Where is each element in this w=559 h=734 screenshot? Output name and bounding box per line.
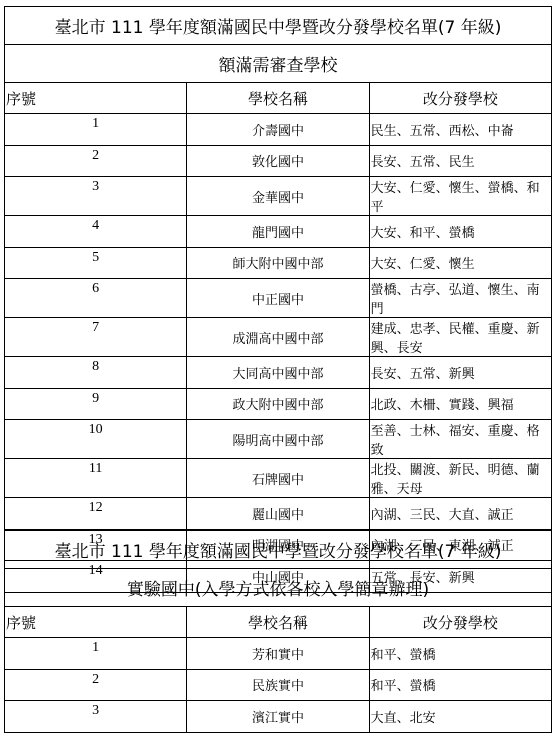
alt-schools: 北投、關渡、新民、明德、蘭雅、天母: [369, 459, 551, 498]
table-header-row: 序號 學校名稱 改分發學校: [5, 83, 552, 114]
table-row: 1芳和實中和平、螢橋: [5, 638, 552, 670]
row-number: 2: [5, 145, 187, 177]
school-name: 中正國中: [187, 279, 369, 318]
header-no: 序號: [5, 83, 187, 114]
school-name: 大同高中國中部: [187, 357, 369, 389]
school-name: 民族實中: [187, 669, 369, 701]
school-name: 濱江實中: [187, 701, 369, 733]
row-number: 10: [5, 420, 187, 459]
alt-schools: 和平、螢橋: [369, 669, 551, 701]
section-subtitle: 額滿需審查學校: [5, 45, 552, 83]
experimental-school-table: 臺北市 111 學年度額滿國民中學暨改分發學校名單(7 年級) 實驗國中(入學方…: [4, 530, 552, 733]
table-row: 11石牌國中北投、關渡、新民、明德、蘭雅、天母: [5, 459, 552, 498]
alt-schools: 民生、五常、西松、中崙: [369, 114, 551, 146]
alt-schools: 內湖、三民、大直、誠正: [369, 498, 551, 530]
alt-schools: 大直、北安: [369, 701, 551, 733]
table-row: 3濱江實中大直、北安: [5, 701, 552, 733]
school-name: 石牌國中: [187, 459, 369, 498]
alt-schools: 大安、仁愛、懷生: [369, 247, 551, 279]
alt-schools: 長安、五常、新興: [369, 357, 551, 389]
table-row: 5師大附中國中部大安、仁愛、懷生: [5, 247, 552, 279]
table-row: 4龍門國中大安、和平、螢橋: [5, 216, 552, 248]
full-school-table: 臺北市 111 學年度額滿國民中學暨改分發學校名單(7 年級) 額滿需審查學校 …: [4, 6, 552, 593]
alt-schools: 和平、螢橋: [369, 638, 551, 670]
table-row: 3金華國中大安、仁愛、懷生、螢橋、和平: [5, 177, 552, 216]
school-name: 金華國中: [187, 177, 369, 216]
row-number: 5: [5, 247, 187, 279]
row-number: 1: [5, 638, 187, 670]
row-number: 7: [5, 318, 187, 357]
alt-schools: 建成、忠孝、民權、重慶、新興、長安: [369, 318, 551, 357]
table-row: 2敦化國中長安、五常、民生: [5, 145, 552, 177]
row-number: 6: [5, 279, 187, 318]
row-number: 9: [5, 388, 187, 420]
row-number: 3: [5, 701, 187, 733]
table-row: 1介壽國中民生、五常、西松、中崙: [5, 114, 552, 146]
table-row: 9政大附中國中部北政、木柵、實踐、興福: [5, 388, 552, 420]
alt-schools: 大安、和平、螢橋: [369, 216, 551, 248]
school-name: 政大附中國中部: [187, 388, 369, 420]
school-name: 麗山國中: [187, 498, 369, 530]
row-number: 2: [5, 669, 187, 701]
alt-schools: 長安、五常、民生: [369, 145, 551, 177]
row-number: 3: [5, 177, 187, 216]
header-alt-schools: 改分發學校: [369, 83, 551, 114]
header-school-name: 學校名稱: [187, 607, 369, 638]
school-name: 成淵高中國中部: [187, 318, 369, 357]
table-title: 臺北市 111 學年度額滿國民中學暨改分發學校名單(7 年級): [5, 531, 552, 569]
school-name: 師大附中國中部: [187, 247, 369, 279]
table-row: 7成淵高中國中部建成、忠孝、民權、重慶、新興、長安: [5, 318, 552, 357]
table-header-row: 序號 學校名稱 改分發學校: [5, 607, 552, 638]
alt-schools: 至善、士林、福安、重慶、格致: [369, 420, 551, 459]
header-school-name: 學校名稱: [187, 83, 369, 114]
table-row: 12麗山國中內湖、三民、大直、誠正: [5, 498, 552, 530]
row-number: 11: [5, 459, 187, 498]
row-number: 1: [5, 114, 187, 146]
section-subtitle: 實驗國中(入學方式依各校入學簡章辦理): [5, 569, 552, 607]
alt-schools: 大安、仁愛、懷生、螢橋、和平: [369, 177, 551, 216]
alt-schools: 螢橋、古亭、弘道、懷生、南門: [369, 279, 551, 318]
school-name: 敦化國中: [187, 145, 369, 177]
row-number: 4: [5, 216, 187, 248]
table-row: 8大同高中國中部長安、五常、新興: [5, 357, 552, 389]
table-title: 臺北市 111 學年度額滿國民中學暨改分發學校名單(7 年級): [5, 7, 552, 45]
table-row: 6中正國中螢橋、古亭、弘道、懷生、南門: [5, 279, 552, 318]
row-number: 12: [5, 498, 187, 530]
table-row: 10陽明高中國中部至善、士林、福安、重慶、格致: [5, 420, 552, 459]
header-no: 序號: [5, 607, 187, 638]
school-name: 芳和實中: [187, 638, 369, 670]
alt-schools: 北政、木柵、實踐、興福: [369, 388, 551, 420]
header-alt-schools: 改分發學校: [369, 607, 551, 638]
school-name: 陽明高中國中部: [187, 420, 369, 459]
school-name: 介壽國中: [187, 114, 369, 146]
school-name: 龍門國中: [187, 216, 369, 248]
table-row: 2民族實中和平、螢橋: [5, 669, 552, 701]
row-number: 8: [5, 357, 187, 389]
